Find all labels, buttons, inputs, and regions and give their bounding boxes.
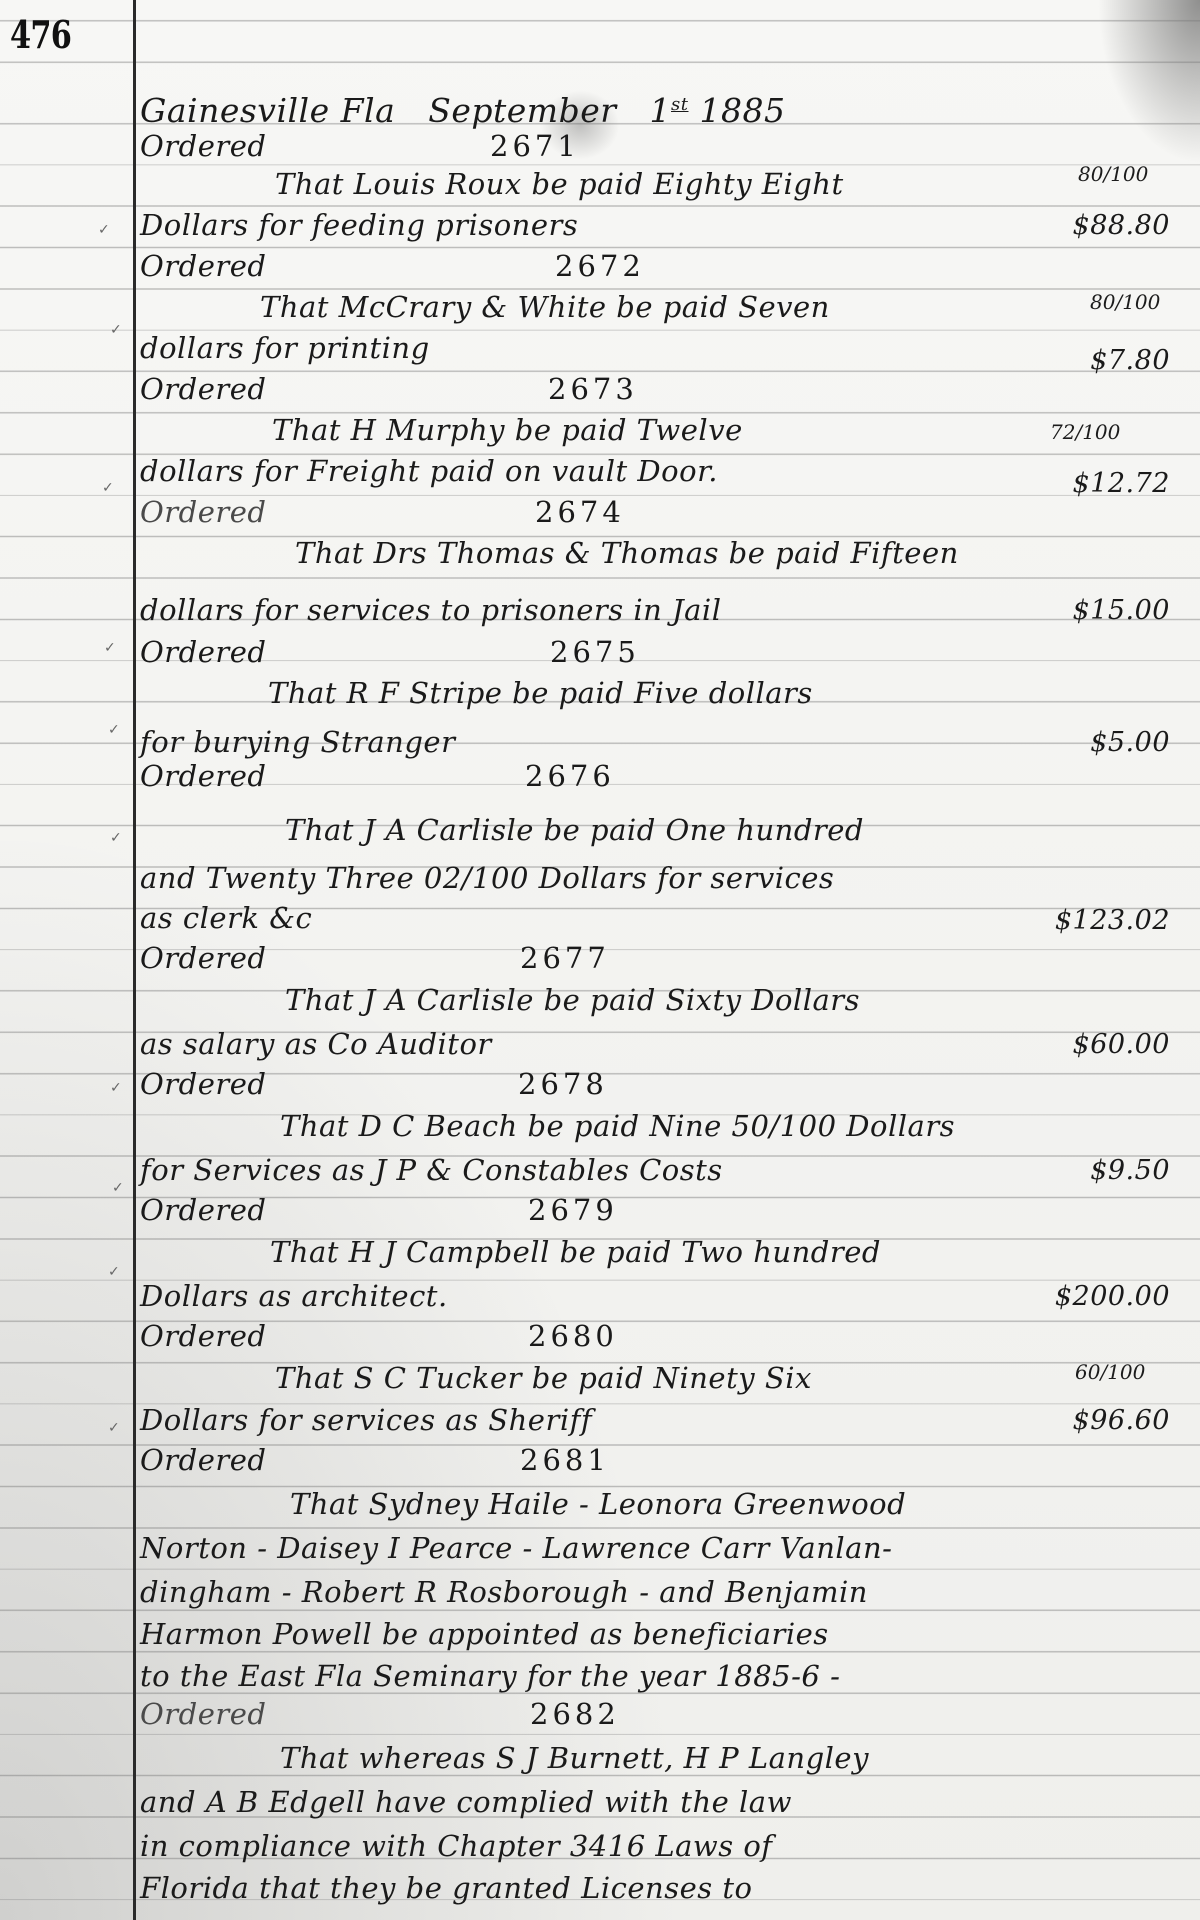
order-header: Ordered 2680 <box>0 1316 1200 1357</box>
order-number: 2677 <box>520 938 610 979</box>
amount-fraction: 80/100 <box>1090 290 1160 314</box>
entry-amount: $200.00 <box>1055 1276 1170 1317</box>
entry-text-line: Dollars for feeding prisoners <box>140 205 578 246</box>
entry-text-line: in compliance with Chapter 3416 Laws of <box>140 1826 773 1867</box>
check-mark-icon: ✓ <box>110 830 122 846</box>
entry-text-line: dingham - Robert R Rosborough - and Benj… <box>140 1572 868 1613</box>
entry-text-line: That J A Carlisle be paid One hundred <box>285 810 864 851</box>
order-header: Ordered 2677 <box>0 938 1200 979</box>
order-number: 2675 <box>550 632 640 673</box>
entry-text-line: That D C Beach be paid Nine 50/100 Dolla… <box>280 1106 955 1147</box>
order-header: Ordered 2674 <box>0 492 1200 533</box>
entry-text-line: and A B Edgell have complied with the la… <box>140 1782 792 1823</box>
heading-place: Gainesville Fla <box>140 91 395 130</box>
entry-text-line: That S C Tucker be paid Ninety Six <box>275 1358 812 1399</box>
entry-text-line: and Twenty Three 02/100 Dollars for serv… <box>140 858 834 899</box>
entry-text-line: dollars for services to prisoners in Jai… <box>140 590 721 631</box>
entry-text-line: for Services as J P & Constables Costs <box>140 1150 723 1191</box>
ordered-label: Ordered <box>140 756 266 797</box>
order-header: Ordered 2679 <box>0 1190 1200 1231</box>
ordered-label: Ordered <box>140 1440 266 1481</box>
entry-text-line: That Sydney Haile - Leonora Greenwood <box>290 1484 906 1525</box>
entry-amount: $15.00 <box>1073 590 1170 631</box>
order-header: Ordered 2676 <box>0 756 1200 797</box>
order-number: 2671 <box>490 126 580 167</box>
order-header: Ordered 2681 <box>0 1440 1200 1481</box>
entry-text-line: That J A Carlisle be paid Sixty Dollars <box>285 980 860 1021</box>
entry-amount: $9.50 <box>1090 1150 1170 1191</box>
ordered-label: Ordered <box>140 492 266 533</box>
check-mark-icon: ✓ <box>108 1264 120 1280</box>
amount-fraction: 60/100 <box>1075 1360 1145 1384</box>
entry-text-line: That whereas S J Burnett, H P Langley <box>280 1738 869 1779</box>
order-header: Ordered 2671 <box>0 126 1200 167</box>
ordered-label: Ordered <box>140 1064 266 1105</box>
entry-text-line: as clerk &c <box>140 898 312 939</box>
entry-text-line: That R F Stripe be paid Five dollars <box>268 673 813 714</box>
entry-text-line: That H Murphy be paid Twelve <box>272 410 743 451</box>
check-mark-icon: ✓ <box>108 1420 120 1436</box>
ordered-label: Ordered <box>140 1694 266 1735</box>
entry-amount: $123.02 <box>1055 900 1170 941</box>
heading-line: Gainesville Fla September 1st 1885 <box>140 84 785 125</box>
amount-fraction: 80/100 <box>1078 162 1148 186</box>
order-number: 2678 <box>518 1064 608 1105</box>
page-number: 476 <box>10 12 71 57</box>
entry-text-line: That H J Campbell be paid Two hundred <box>270 1232 881 1273</box>
order-number: 2672 <box>555 246 645 287</box>
heading-day: 1 <box>650 91 672 130</box>
order-header: Ordered 2682 <box>0 1694 1200 1735</box>
ordered-label: Ordered <box>140 1190 266 1231</box>
entry-amount: $88.80 <box>1073 205 1170 246</box>
entry-text-line: as salary as Co Auditor <box>140 1024 492 1065</box>
order-header: Ordered 2673 <box>0 369 1200 410</box>
order-header: Ordered 2672 <box>0 246 1200 287</box>
check-mark-icon: ✓ <box>98 222 110 238</box>
entry-text-line: Dollars as architect. <box>140 1276 448 1317</box>
entry-text-line: That Louis Roux be paid Eighty Eight <box>275 164 844 205</box>
entry-text-line: dollars for Freight paid on vault Door. <box>140 451 718 492</box>
check-mark-icon: ✓ <box>110 322 122 338</box>
order-number: 2681 <box>520 1440 610 1481</box>
order-number: 2673 <box>548 369 638 410</box>
entry-text-line: Dollars for services as Sheriff <box>140 1400 592 1441</box>
order-number: 2676 <box>525 756 615 797</box>
heading-month: September <box>428 91 616 130</box>
ordered-label: Ordered <box>140 369 266 410</box>
entry-amount: $60.00 <box>1073 1024 1170 1065</box>
check-mark-icon: ✓ <box>108 722 120 738</box>
entry-text-line: Norton - Daisey I Pearce - Lawrence Carr… <box>140 1528 892 1569</box>
heading-day-suffix: st <box>671 94 688 115</box>
entry-text-line: to the East Fla Seminary for the year 18… <box>140 1656 840 1697</box>
order-header: Ordered 2675 <box>0 632 1200 673</box>
ordered-label: Ordered <box>140 632 266 673</box>
ordered-label: Ordered <box>140 1316 266 1357</box>
heading-year: 1885 <box>700 91 786 130</box>
order-number: 2674 <box>535 492 625 533</box>
entry-text-line: That McCrary & White be paid Seven <box>260 287 830 328</box>
entry-text-line: That Drs Thomas & Thomas be paid Fifteen <box>295 533 959 574</box>
order-number: 2682 <box>530 1694 620 1735</box>
entry-text-line: Florida that they be granted Licenses to <box>140 1868 752 1909</box>
order-number: 2679 <box>528 1190 618 1231</box>
ordered-label: Ordered <box>140 126 266 167</box>
entry-text-line: Harmon Powell be appointed as beneficiar… <box>140 1614 829 1655</box>
entry-text-line: dollars for printing <box>140 328 430 369</box>
ordered-label: Ordered <box>140 246 266 287</box>
order-header: Ordered 2678 <box>0 1064 1200 1105</box>
entry-amount: $96.60 <box>1073 1400 1170 1441</box>
ordered-label: Ordered <box>140 938 266 979</box>
amount-fraction: 72/100 <box>1050 420 1120 444</box>
order-number: 2680 <box>528 1316 618 1357</box>
